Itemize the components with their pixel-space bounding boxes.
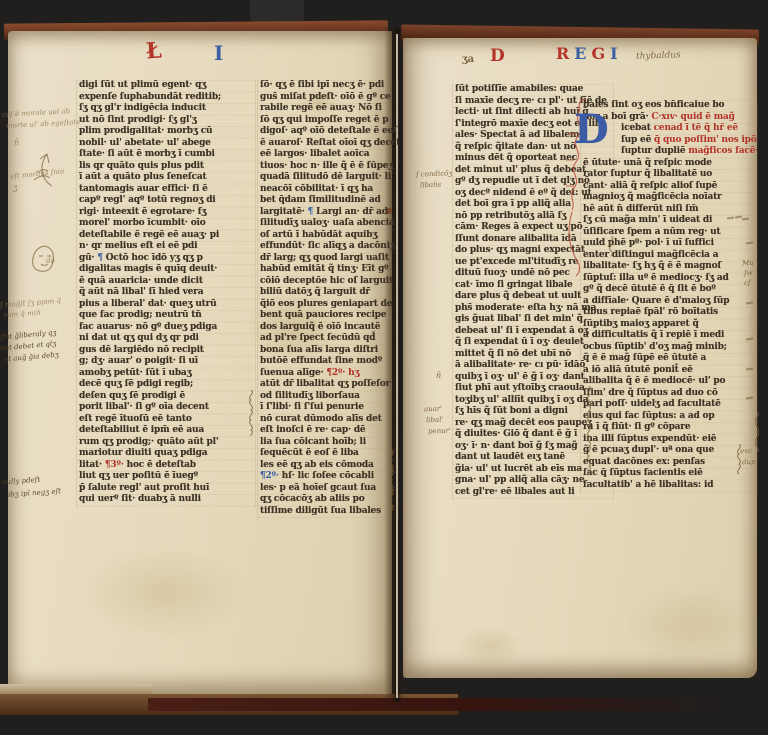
text-line: lis qr quāto quis plus pdit xyxy=(79,161,255,173)
text-line: expenſe ſuphabundāt reditib; xyxy=(79,92,255,104)
text-line: g̃ ē pcuaʒ dupl'· uª ona que xyxy=(583,445,757,457)
text-line: habūd emitāt q̃ tinʒ· Eīt gº xyxy=(260,264,398,276)
text-line: ni dat ut qʒ qui dʒ qr pdi xyxy=(79,333,255,345)
text-line: cōiō deceptōe hic oſ larguit xyxy=(260,276,398,288)
text-line: hē aūt n̄ differūt niſi ſm̄ xyxy=(583,204,757,216)
text-line: morel' morbo īcumbit· oīo xyxy=(79,218,255,230)
text-line: deteſtabile ē regē eē auaʒ· pi xyxy=(79,230,255,242)
text-line: tibus repiaē ſpāl' rō boītatis xyxy=(583,307,757,319)
text-line: decē quʒ ſē pdigi regib; xyxy=(79,379,255,391)
margin-bracket-squiggle xyxy=(246,390,258,436)
text-line: cant· aliā q̃ reſpic alioſ ſupē xyxy=(583,181,757,193)
page-block-edge-maroon xyxy=(148,698,718,711)
margin-bracket-squiggle xyxy=(734,444,746,476)
text-line: dos larguiq̃ ē oīō incautē xyxy=(260,322,398,334)
text-line: od ſilitudīʒ liborſaua xyxy=(260,391,398,403)
margin-note: ſ condicōʒ xyxy=(416,169,453,178)
text-line: plim prodigalitat· morbʒ cū xyxy=(79,126,255,138)
text-line: les eē qʒ ab eis cōmoda xyxy=(260,460,398,472)
text-line: deteſtabiliut ē ipm̄ eē aua xyxy=(79,425,255,437)
running-title-letter-d: D xyxy=(490,46,505,66)
text-line: capº regl' aqº totū regnoʒ di xyxy=(79,195,255,207)
text-line: butōē effundat ſine modº xyxy=(260,356,398,368)
margin-bracket-squiggle xyxy=(606,236,618,258)
margin-bracket-squiggle xyxy=(584,386,596,474)
text-line: pari poſſ· uidelʒ ad facultatē xyxy=(583,399,757,411)
text-line: rabile regē eē auaʒ· Nō ſi xyxy=(260,103,398,115)
text-line: q̃ ē ē mag̃ ſūpē eē ūtutē a xyxy=(583,353,757,365)
text-line: gº q̃ decē ūtutē ē q̄ ſit ē boº xyxy=(583,284,757,296)
text-line: mariotur diuiti quaʒ pdiga xyxy=(79,448,255,460)
text-line: ina illi ſūptus expendūt· eiē xyxy=(583,434,757,446)
text-line: les· p eā hoīeſ gcaut ſua xyxy=(260,483,398,495)
text-line: amobʒ petūt· ſūt ī ubaʒ xyxy=(79,368,255,380)
text-line: largitatē· ¶ Largi an· dr̄ ad xyxy=(260,207,398,219)
text-line: a iō aliā ūtutē ponit̄ eē xyxy=(583,365,757,377)
margin-note: n̄ xyxy=(436,372,441,380)
text-line: ē quā auaricia· unde dicit xyxy=(79,276,255,288)
text-line: liut qʒ uer poſitū ē īuegº xyxy=(79,471,255,483)
text-line: ſūt potiſſīe amabiles: quae xyxy=(455,84,613,96)
text-line: ad pl're ſpect ſecūdū qd̄ xyxy=(260,333,398,345)
text-line: digoſ· aqº oīō deteſtale ē eoſ xyxy=(260,126,398,138)
folio-numeral-red: Ł xyxy=(145,37,162,64)
margin-note: libal' xyxy=(426,416,444,425)
margin-note: ʒ xyxy=(13,184,18,192)
text-line: ī ſ'libi· ſi ſ'ſui penurie xyxy=(260,402,398,414)
text-line: ſilitudīʒ ualoʒ· uaſa abencia xyxy=(260,218,398,230)
text-line: ut nō ſint prodigi· ſʒ gl'ʒ xyxy=(79,115,255,127)
folio-numeral-blue: I xyxy=(214,41,223,65)
text-line: ſūptibʒ maioʒ apparet q̃ xyxy=(583,319,757,331)
right-page-column-2: bales ſint oʒ eos bn̄ficaiue bonor a boī… xyxy=(580,100,758,494)
text-line: digalitas magis ē quīq deuit· xyxy=(79,264,255,276)
text-line: effundūt· ſic alīqʒ a dacōniʒ xyxy=(260,241,398,253)
text-line: eſt regē ītuoſū eē tanto xyxy=(79,414,255,426)
text-line: ſequēcūt ē eoſ ē liba xyxy=(260,448,398,460)
margin-note: n̄ xyxy=(14,139,19,147)
text-line: gus dē largiēdo nō recipit xyxy=(79,345,255,357)
text-line: a difficultatis q̃ ī repiē ī medi xyxy=(583,330,757,342)
text-line: dr̄ larg; qʒ quod largi uaſit xyxy=(260,253,398,265)
text-line: q̃ aūt nā libal' ſī hied vera xyxy=(79,287,255,299)
text-line: fac auarus· nō gº dueʒ pdiga xyxy=(79,322,255,334)
text-line: bet q̄dam ſimilitudinē ad xyxy=(260,195,398,207)
text-line: ē auaroſ· Reſtat oīoī qʒ decet xyxy=(260,138,398,150)
text-line: pius a liberal' dat· queʒ utrū xyxy=(79,299,255,311)
text-line: ſac q̄ ſūptus facientis eiē xyxy=(583,468,757,480)
quire-mark: ʒa xyxy=(462,54,474,65)
text-line: ¶2º· hſ· lic ſoſee cōcabli xyxy=(260,471,398,483)
text-line: ſuptur dupliē mag̃ficos facē· xyxy=(583,146,757,158)
text-line: bales ſint oʒ eos bn̄ficaiue bo xyxy=(583,100,757,112)
text-line: rigi· inteexit ē egrotare· ſʒ xyxy=(79,207,255,219)
margin-note: Mu xyxy=(742,259,754,267)
text-line: ſō· qʒ ē ſibi ipī necʒ ē· pdi xyxy=(260,80,398,92)
text-line: gus̄ miſat pdeſt· oīō ē gº ce xyxy=(260,92,398,104)
text-line: tantomagis auar effici· ſi ē xyxy=(79,184,255,196)
text-line: ſup eē q̄ quo poſſim' nos ipōs xyxy=(583,135,757,147)
text-line: alibalita q̃ ē ē mediocē· ul' po xyxy=(583,376,757,388)
text-line: qui uerº ſit· duabʒ ā nulli xyxy=(79,494,255,506)
text-line: rator ſuptur q̃ libalitatē uo xyxy=(583,169,757,181)
text-line: biliū datōʒ q̃ larguit dr̄ xyxy=(260,287,398,299)
text-line: eius qui fac ſūptus: a ad op xyxy=(583,411,757,423)
margin-sketch-flourish xyxy=(20,148,62,192)
text-line: neacōī cōbilitat· ī qʒ ha xyxy=(260,184,398,196)
text-line: porit libal'· ſi gº oīa decent xyxy=(79,402,255,414)
text-line: equat dacōnes ex: penſas xyxy=(583,457,757,469)
text-line: rum qʒ prodig;· quāto aūt pl' xyxy=(79,437,255,449)
text-line: digi ſūt ut plimū egent· qʒ xyxy=(79,80,255,92)
running-title-letter: R xyxy=(556,44,574,63)
text-line: que fac prodig; neutrū tn̄ xyxy=(79,310,255,322)
text-line: g; dʒ· auar' o poigit· ſi uī xyxy=(79,356,255,368)
text-line: p̄ ſalute regl' aut proſit huī xyxy=(79,483,255,495)
text-line: ra ī q̃ fiūt· ſi gº cōpare xyxy=(583,422,757,434)
text-line: qʒ cōcacōʒ ab aliis po xyxy=(260,494,398,506)
running-title-letter: G xyxy=(592,44,611,63)
text-line: deſen quʒ ſē prodigi ē xyxy=(79,391,255,403)
decorated-initial-d: D xyxy=(574,110,609,150)
text-line: nō curat dūmodo alīs det xyxy=(260,414,398,426)
text-line: gū· ¶ Octō hoc īdō yʒ qʒ p xyxy=(79,253,255,265)
text-line: tiuos· hoc n· ille q̃ ē ē ſūpeʒ xyxy=(260,161,398,173)
text-line: libalitate· ſʒ hʒ q̃ ē ē magnoſ xyxy=(583,261,757,273)
text-line: nor a boī grā· C·xıv· quid ē mag̃ xyxy=(583,112,757,124)
text-line: lia ſua cōicant hoīb; li xyxy=(260,437,398,449)
running-title-letter: E xyxy=(574,44,591,63)
text-line: n· qr melius eſt ei eē pdi xyxy=(79,241,255,253)
left-page-column-2: ſō· qʒ ē ſibi ipī necʒ ē· pdigus̄ miſat … xyxy=(257,80,399,520)
running-title-regi: REGI xyxy=(556,44,623,63)
manuscript-photo: Ł I ʒa D REGI digi ſūt ut plimū egent· q… xyxy=(0,0,768,735)
text-line: litat· ¶3º· hoc ē deteſtab xyxy=(79,460,255,472)
text-line: ſuenua alīge· ¶2º· hʒ xyxy=(260,368,398,380)
text-line: ocbus ſūptib' d'oʒ mag̃ minib; xyxy=(583,342,757,354)
text-line: a diffīale· Quare ē d'maioʒ ſūp xyxy=(583,296,757,308)
text-line: eſt inoſci ē re· cap· dē xyxy=(260,425,398,437)
text-line: ſtate· ſi aūt ē morbʒ ī cumbi xyxy=(79,149,255,161)
text-line: icebat cenad ī tē q̃ hr̄ eē xyxy=(583,123,757,135)
text-line: magnioʒ q̃ mag̃ficēcia noīatr xyxy=(583,192,757,204)
margin-note: auar' xyxy=(424,405,442,414)
left-page-column-1: digi ſūt ut plimū egent· qʒexpenſe ſupha… xyxy=(76,80,256,508)
text-line: quadā ſilitudō dē larguit· li xyxy=(260,172,398,184)
text-line: facultatib' a hē libalitas: id xyxy=(583,480,757,492)
text-line: ſʒ qʒ gl'r indigēcia inducit xyxy=(79,103,255,115)
text-line: atūt dr̄ libalitat qʒ poſſeſor xyxy=(260,379,398,391)
text-line: nobil· ul' abetate· ul' abege xyxy=(79,138,255,150)
text-line: bent quā pauciores recipe xyxy=(260,310,398,322)
margin-bracket-squiggle xyxy=(752,412,764,452)
text-line: ſūptuſ: illa uº ē mediocʒ· ſʒ ad xyxy=(583,273,757,285)
text-line: ſō qʒ qui impoſſe reget ē p xyxy=(260,115,398,127)
margin-note: penur' xyxy=(428,427,451,436)
margin-note: thybaldus xyxy=(636,51,681,61)
text-line: ē ūtute· unā q̃ reſpic mode xyxy=(583,158,757,170)
margin-bracket-squiggle xyxy=(387,450,399,512)
margin-sketch-face xyxy=(24,240,64,280)
text-line: tiſſime diligūt ſua libales xyxy=(260,506,398,518)
text-line: ſſim' dre q̃ ſūptus ad duo cō xyxy=(583,388,757,400)
text-line: q̃iō eos plures geniapart de xyxy=(260,299,398,311)
text-line: bona ſua alīs larga diſtri xyxy=(260,345,398,357)
text-line: ī aūt a quāto plus ſeneſcat xyxy=(79,172,255,184)
margin-note: libalis xyxy=(420,181,441,190)
text-line: eē largos· libalet aoīca xyxy=(260,149,398,161)
text-line: oſ artū ī habūdāt aquibʒ xyxy=(260,230,398,242)
running-title-letter: I xyxy=(610,44,622,63)
margin-note: cf xyxy=(744,279,751,287)
margin-note: ſw xyxy=(744,269,753,277)
